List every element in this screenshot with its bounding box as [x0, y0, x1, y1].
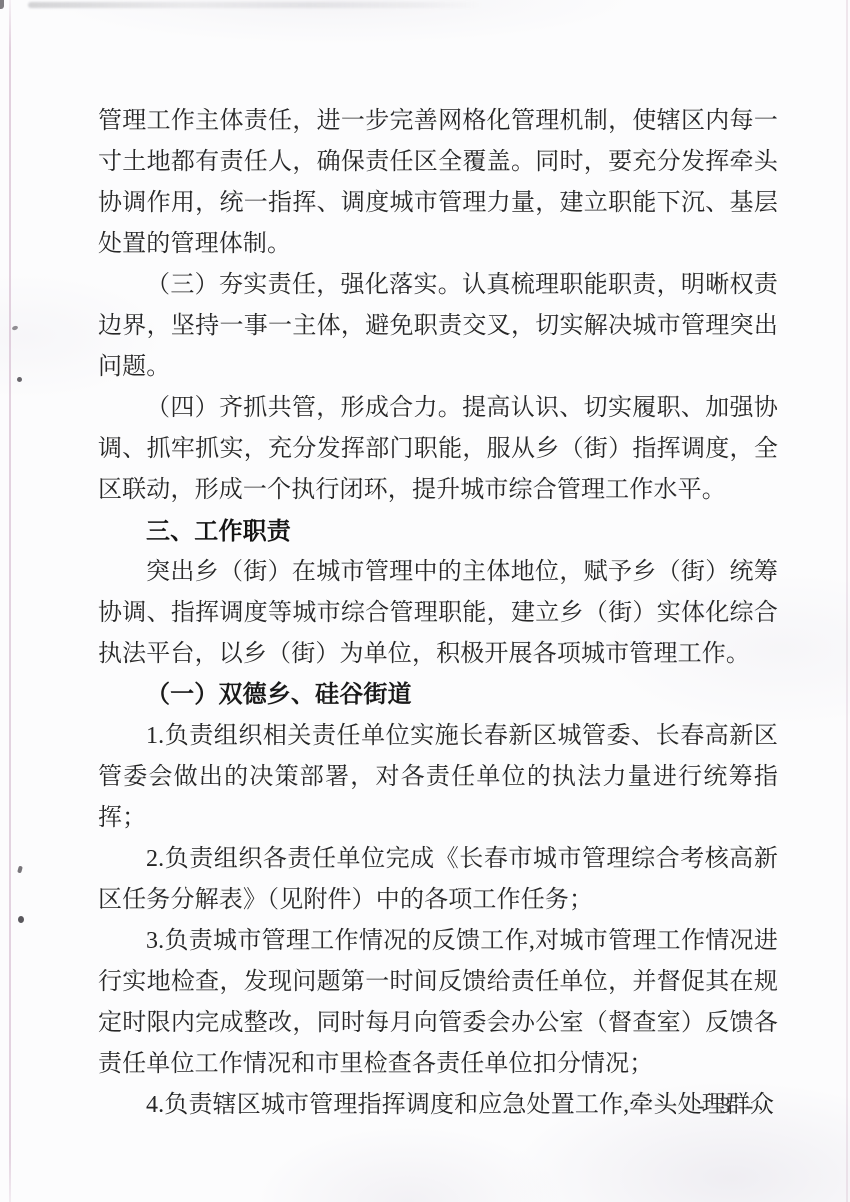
scan-speck: [17, 866, 23, 874]
para-task-4: 4.负责辖区城市管理指挥调度和应急处置工作,牵头处理群众: [98, 1085, 778, 1126]
scan-speck: [11, 325, 18, 331]
para-item-four-lead: （四）齐抓共管，形成合力。: [146, 395, 462, 421]
para-continuation: 管理工作主体责任，进一步完善网格化管理机制，使辖区内每一寸土地都有责任人，确保责…: [98, 101, 778, 265]
para-item-three-lead: （三）夯实责任，强化落实。: [146, 272, 462, 298]
heading-work-duties: 三、工作职责: [98, 511, 778, 552]
para-task-1: 1.负责组织相关责任单位实施长春新区城管委、长春高新区管委会做出的决策部署，对各…: [98, 716, 778, 839]
scan-edge-line-left: [9, 0, 11, 1202]
para-item-three: （三）夯实责任，强化落实。认真梳理职能职责，明晰权责边界，坚持一事一主体，避免职…: [98, 265, 778, 388]
scan-speck: [18, 916, 24, 923]
para-task-3: 3.负责城市管理工作情况的反馈工作,对城市管理工作情况进行实地检查，发现问题第一…: [98, 921, 778, 1085]
para-item-four: （四）齐抓共管，形成合力。提高认识、切实履职、加强协调、抓牢抓实，充分发挥部门职…: [98, 388, 778, 511]
page-number: - 3 -: [697, 1093, 756, 1119]
document-body: 管理工作主体责任，进一步完善网格化管理机制，使辖区内每一寸土地都有责任人，确保责…: [98, 101, 778, 1126]
scan-edge-line-right: [846, 0, 848, 1202]
para-duties-intro: 突出乡（街）在城市管理中的主体地位，赋予乡（街）统筹协调、指挥调度等城市综合管理…: [98, 552, 778, 675]
scan-smudge-top: [28, 2, 483, 8]
heading-shuangde-guigu: （一）双德乡、硅谷街道: [98, 675, 778, 716]
scanned-document-page: 管理工作主体责任，进一步完善网格化管理机制，使辖区内每一寸土地都有责任人，确保责…: [0, 0, 850, 1202]
scan-speck: [17, 377, 22, 382]
para-task-2: 2.负责组织各责任单位完成《长春市城市管理综合考核高新区任务分解表》（见附件）中…: [98, 839, 778, 921]
scan-speck: [0, 0, 4, 9]
